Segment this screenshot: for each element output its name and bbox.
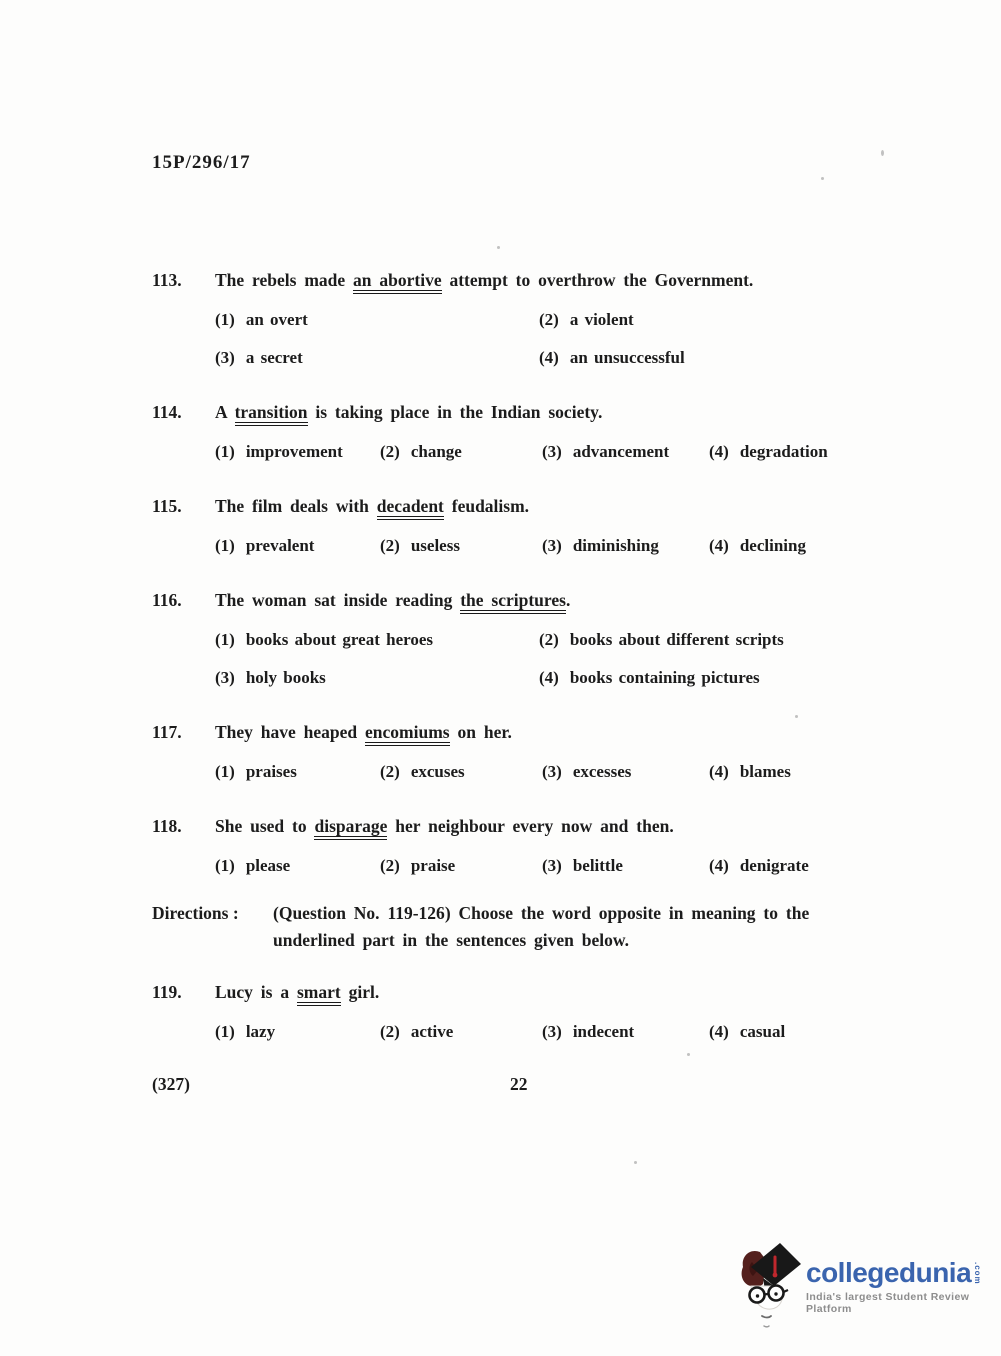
question-text-post: on her. [450,722,512,742]
option-number: (3) [542,534,562,558]
directions-line-2: underlined part in the sentences given b… [273,927,809,954]
option: (1)prevalent [215,534,380,558]
option-text: blames [740,760,791,784]
question-text: A transition is taking place in the Indi… [215,400,602,425]
option: (3)advancement [542,440,709,464]
option-number: (1) [215,308,235,332]
question-number: 114. [152,400,215,425]
option-number: (3) [542,440,562,464]
question-text-pre: They have heaped [215,722,365,742]
underlined-word: an abortive [353,270,442,294]
option: (2)books about different scripts [539,628,897,652]
option-number: (2) [380,760,400,784]
question-text-post: . [566,590,570,610]
logo-tagline: India's largest Student Review Platform [806,1291,1001,1315]
directions-label: Directions : [152,900,273,954]
directions-block: Directions : (Question No. 119-126) Choo… [152,900,897,954]
option-number: (4) [709,440,729,464]
underlined-word: transition [235,402,308,426]
options-116: (1)books about great heroes (2)books abo… [215,628,897,690]
option: (4)casual [709,1020,897,1044]
collegedunia-watermark: collegedunia .com India's largest Studen… [738,1240,1001,1330]
option-number: (3) [542,760,562,784]
scan-speckle [821,177,824,180]
options-119: (1)lazy (2)active (3)indecent (4)casual [215,1020,897,1044]
question-text-pre: The film deals with [215,496,377,516]
question-117-line: 117. They have heaped encomiums on her. [152,720,897,745]
logo-text-block: collegedunia .com India's largest Studen… [806,1258,1001,1315]
option-text: excuses [411,760,465,784]
question-114-line: 114. A transition is taking place in the… [152,400,897,425]
question-text-pre: Lucy is a [215,982,297,1002]
option-text: excesses [573,760,632,784]
underlined-word: decadent [377,496,444,520]
question-117: 117. They have heaped encomiums on her. … [152,720,897,784]
option: (1)improvement [215,440,380,464]
option-text: useless [411,534,460,558]
option-number: (1) [215,760,235,784]
question-114: 114. A transition is taking place in the… [152,400,897,464]
option: (1)books about great heroes [215,628,539,652]
option-number: (4) [709,854,729,878]
scan-speckle [881,150,884,156]
option: (3)diminishing [542,534,709,558]
option-text: denigrate [740,854,809,878]
option-text: praises [246,760,297,784]
option: (2)change [380,440,542,464]
scan-speckle [795,715,798,718]
question-text-post: attempt to overthrow the Government. [442,270,754,290]
option: (4)denigrate [709,854,897,878]
option-number: (2) [380,1020,400,1044]
option-number: (2) [539,308,559,332]
question-115-line: 115. The film deals with decadent feudal… [152,494,897,519]
question-text-pre: A [215,402,235,422]
option-number: (1) [215,534,235,558]
question-113-line: 113. The rebels made an abortive attempt… [152,268,897,293]
option-number: (4) [539,346,559,370]
question-text-post: her neighbour every now and then. [387,816,673,836]
directions-pre: (Question No. [273,903,387,923]
option: (1)an overt [215,308,539,332]
scan-speckle [634,1161,637,1164]
question-115: 115. The film deals with decadent feudal… [152,494,897,558]
option: (2)praise [380,854,542,878]
option-text: an overt [246,308,308,332]
option-text: lazy [246,1020,275,1044]
question-118: 118. She used to disparage her neighbour… [152,814,897,878]
option-number: (3) [542,854,562,878]
option: (3)belittle [542,854,709,878]
option-number: (1) [215,1020,235,1044]
option-text: active [411,1020,453,1044]
option-text: please [246,854,290,878]
option-number: (2) [380,440,400,464]
underlined-word: smart [297,982,341,1006]
option-number: (3) [215,666,235,690]
question-119-line: 119. Lucy is a smart girl. [152,980,897,1005]
underlined-word: encomiums [365,722,450,746]
option: (3)indecent [542,1020,709,1044]
collegedunia-wordmark: collegedunia [806,1258,971,1288]
option: (4)blames [709,760,897,784]
scanned-exam-page: 15P/296/17 113. The rebels made an abort… [0,0,1001,1356]
option: (4)an unsuccessful [539,346,897,370]
brand-row: collegedunia .com [806,1258,1001,1288]
option-text: improvement [246,440,343,464]
question-text: The film deals with decadent feudalism. [215,494,529,519]
question-113: 113. The rebels made an abortive attempt… [152,268,897,370]
page-content: 15P/296/17 113. The rebels made an abort… [152,152,897,1098]
option-text: indecent [573,1020,634,1044]
option-text: casual [740,1020,785,1044]
option: (2)active [380,1020,542,1044]
option-number: (4) [709,760,729,784]
options-117: (1)praises (2)excuses (3)excesses (4)bla… [215,760,897,784]
question-118-line: 118. She used to disparage her neighbour… [152,814,897,839]
option-number: (1) [215,854,235,878]
option-text: a secret [246,346,303,370]
scan-speckle [497,246,500,249]
option-text: holy books [246,666,326,690]
option-text: a violent [570,308,634,332]
option-number: (2) [380,534,400,558]
directions-line-1: (Question No. 119-126) Choose the word o… [273,900,809,927]
option-number: (2) [539,628,559,652]
question-text-post: is taking place in the Indian society. [308,402,603,422]
option-number: (4) [539,666,559,690]
option-number: (2) [380,854,400,878]
option: (4)degradation [709,440,897,464]
option: (3)excesses [542,760,709,784]
option-text: degradation [740,440,828,464]
option-number: (4) [709,534,729,558]
question-number: 118. [152,814,215,839]
option-number: (1) [215,628,235,652]
question-text-pre: The woman sat inside reading [215,590,460,610]
option-text: belittle [573,854,623,878]
paper-code: 15P/296/17 [152,152,897,174]
scan-speckle [687,1053,690,1056]
question-text-pre: She used to [215,816,314,836]
underlined-word: the scriptures [460,590,566,614]
directions-text: (Question No. 119-126) Choose the word o… [273,900,809,954]
option-text: an unsuccessful [570,346,685,370]
question-text: The woman sat inside reading the scriptu… [215,588,570,613]
directions-question-range: 119-126 [387,903,444,923]
question-text: Lucy is a smart girl. [215,980,379,1005]
question-116: 116. The woman sat inside reading the sc… [152,588,897,690]
option: (2)excuses [380,760,542,784]
page-footer: (327) 22 [152,1074,897,1098]
option: (1)praises [215,760,380,784]
options-115: (1)prevalent (2)useless (3)diminishing (… [215,534,897,558]
option: (1)please [215,854,380,878]
option-text: books about different scripts [570,628,784,652]
underlined-word: disparage [314,816,387,840]
question-text-post: feudalism. [444,496,529,516]
option-text: advancement [573,440,669,464]
question-119: 119. Lucy is a smart girl. (1)lazy (2)ac… [152,980,897,1044]
question-116-line: 116. The woman sat inside reading the sc… [152,588,897,613]
option: (3)holy books [215,666,539,690]
question-number: 119. [152,980,215,1005]
option-text: praise [411,854,455,878]
options-118: (1)please (2)praise (3)belittle (4)denig… [215,854,897,878]
directions-post: ) Choose the word opposite in meaning to… [445,903,809,923]
question-text: The rebels made an abortive attempt to o… [215,268,753,293]
option-text: declining [740,534,806,558]
question-number: 115. [152,494,215,519]
option-number: (4) [709,1020,729,1044]
page-number: 22 [510,1074,528,1095]
booklet-code: (327) [152,1074,190,1095]
option-number: (3) [542,1020,562,1044]
option: (1)lazy [215,1020,380,1044]
option-text: books about great heroes [246,628,433,652]
options-114: (1)improvement (2)change (3)advancement … [215,440,897,464]
collegedunia-tld: .com [973,1262,982,1285]
option-number: (3) [215,346,235,370]
option-text: prevalent [246,534,315,558]
question-number: 116. [152,588,215,613]
collegedunia-mascot-icon [738,1240,802,1330]
question-text-post: girl. [341,982,380,1002]
option-number: (1) [215,440,235,464]
option-text: change [411,440,462,464]
option-text: books containing pictures [570,666,760,690]
question-number: 113. [152,268,215,293]
options-113: (1)an overt (2)a violent (3)a secret (4)… [215,308,897,370]
option: (4)declining [709,534,897,558]
option: (2)useless [380,534,542,558]
question-text: She used to disparage her neighbour ever… [215,814,674,839]
option: (2)a violent [539,308,897,332]
option: (3)a secret [215,346,539,370]
option-text: diminishing [573,534,659,558]
question-number: 117. [152,720,215,745]
option: (4)books containing pictures [539,666,897,690]
question-text: They have heaped encomiums on her. [215,720,512,745]
question-text-pre: The rebels made [215,270,353,290]
